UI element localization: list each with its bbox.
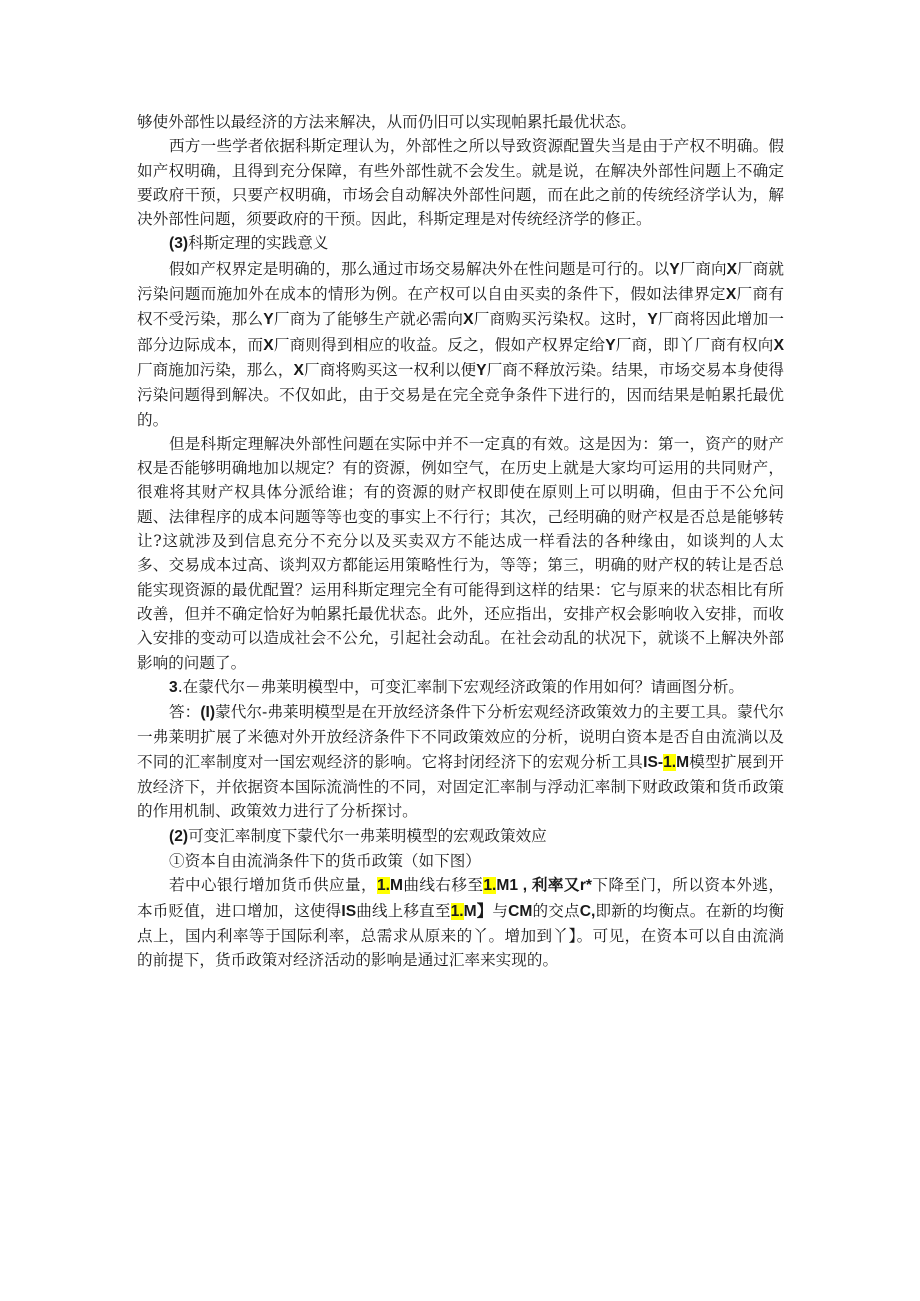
text-run: 厂商为了能够生产就必需向 [274,310,464,328]
text-run: 厂商购买污染权。这时， [474,310,648,328]
question-number: 3 [169,679,178,696]
firm-y-label: Y [476,362,486,379]
heading-number: (2) [169,828,188,845]
text-run: 厂商施加污染，那么， [137,361,294,379]
section-heading-2: (2)可变汇率制度下蒙代尔一弗莱明模型的宏观政策效应 [137,824,784,849]
section-heading-3: (3)科斯定理的实践意义 [137,231,784,256]
highlighted-term: 1. [483,877,496,894]
question-3: 3.在蒙代尔－弗莱明模型中，可变汇率制下宏观经济政策的作用如何？请画图分析。 [137,675,784,700]
text-run: 厂商将购买这一权利以便 [304,361,476,379]
document-page: 够使外部性以最经济的方法来解决，从而仍旧可以实现帕累托最优状态。 西方一些学者依… [137,110,784,972]
lm-term: M】 [464,903,493,920]
cm-term: CM [508,903,532,920]
firm-y-label: Y [669,261,679,278]
heading-text: 可变汇率制度下蒙代尔一弗莱明模型的宏观政策效应 [188,827,547,845]
heading-text: 科斯定理的实践意义 [188,234,328,252]
paragraph-continuation: 够使外部性以最经济的方法来解决，从而仍旧可以实现帕累托最优状态。 [137,110,784,134]
text-run: 曲线上移直至 [356,902,450,920]
text-run: 厂商则得到相应的收益。反之，假如产权界定给 [274,336,606,354]
paragraph-coase-western-view: 西方一些学者依据科斯定理认为，外部性之所以导致资源配置失当是由于产权不明确。假如… [137,134,784,231]
text-run: 的交点 [532,902,579,920]
firm-x-label: X [726,286,736,303]
firm-x-label: X [463,311,473,328]
firm-x-label: X [263,337,273,354]
question-text: .在蒙代尔－弗莱明模型中，可变汇率制下宏观经济政策的作用如何？请画图分析。 [178,678,744,696]
is-lm-term: IS- [643,754,663,771]
lm-term: M [390,877,403,894]
text-run: 厂商，即丫厂商有权向 [616,336,774,354]
highlighted-term: 1. [451,903,464,920]
paragraph-monetary-policy-title: ①资本自由流淌条件下的货币政策（如下图） [137,849,784,873]
text-run: 假如产权界定是明确的，那么通过市场交易解决外在性问题是可行的。以 [169,260,669,278]
text-run: 若中心银行增加货币供应量， [169,876,377,894]
paragraph-coase-limitations: 但是科斯定理解决外部性问题在实际中并不一定真的有效。这是因为：第一，资产的财产权… [137,432,784,675]
heading-number: (3) [169,235,188,252]
text-run: 厂商向 [680,260,727,278]
firm-y-label: Y [605,337,615,354]
firm-x-label: X [774,337,784,354]
point-c-term: C, [580,903,596,920]
firm-x-label: X [294,362,304,379]
answer-number: (I) [200,704,215,721]
highlighted-term: 1. [377,877,390,894]
lm1-term: M1 [496,877,518,894]
paragraph-monetary-policy-analysis: 若中心银行增加货币供应量，1.M曲线右移至1.M1 , 利率又r*下降至门，所以… [137,873,784,972]
r-star-term: r* [580,877,592,894]
highlighted-term: 1. [663,754,676,771]
is-lm-term: M [676,754,689,771]
text-run: 曲线右移至 [403,876,483,894]
firm-y-label: Y [647,311,657,328]
firm-x-label: X [727,261,737,278]
answer-prefix: 答： [169,703,200,721]
answer-part-1: 答：(I)蒙代尔-弗莱明模型是在开放经济条件下分析宏观经济政策效力的主要工具。蒙… [137,700,784,823]
text-run: 与 [492,902,508,920]
is-term: IS [341,903,356,920]
firm-y-label: Y [263,311,273,328]
paragraph-coase-practice: 假如产权界定是明确的，那么通过市场交易解决外在性问题是可行的。以Y厂商向X厂商就… [137,257,784,432]
text-run: , 利率又 [518,877,580,894]
